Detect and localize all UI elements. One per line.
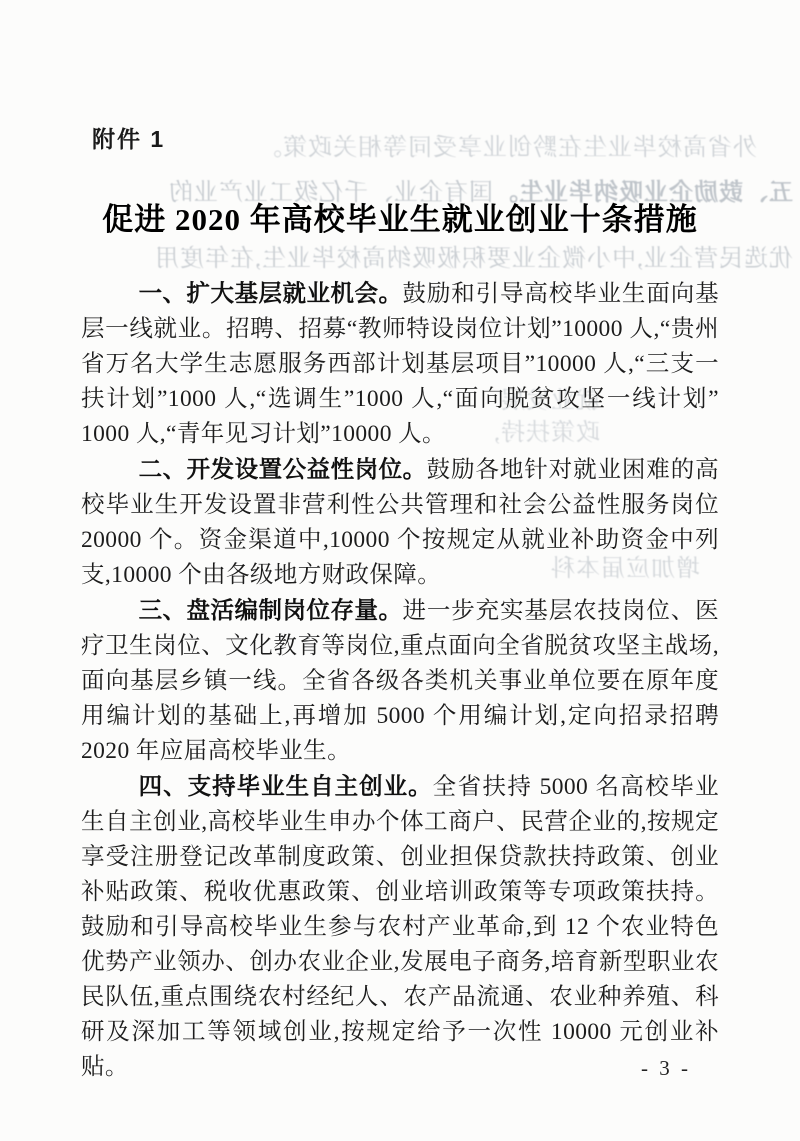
paragraph-2-lead: 二、开发设置公益性岗位。 (139, 456, 427, 482)
paragraph-4-lead: 四、支持毕业生自主创业。 (139, 773, 433, 799)
page-number: - 3 - (641, 1056, 691, 1081)
paragraph-3-lead: 三、盘活编制岗位存量。 (139, 597, 403, 623)
document-page: 外省高校毕业生在黔创业享受同等相关政策。 五、鼓励企业吸纳毕业生。国有企业、千亿… (0, 0, 800, 1141)
paragraph-3: 三、盘活编制岗位存量。进一步充实基层农技岗位、医疗卫生岗位、文化教育等岗位,重点… (81, 593, 719, 769)
document-title: 促进 2020 年高校毕业生就业创业十条措施 (0, 194, 800, 239)
attachment-label: 附件 1 (92, 121, 165, 154)
paragraph-1-lead: 一、扩大基层就业机会。 (139, 280, 403, 306)
paragraph-1: 一、扩大基层就业机会。鼓励和引导高校毕业生面向基层一线就业。招聘、招募“教师特设… (81, 276, 719, 452)
document-body: 一、扩大基层就业机会。鼓励和引导高校毕业生面向基层一线就业。招聘、招募“教师特设… (81, 276, 719, 1085)
paragraph-4-text: 全省扶持 5000 名高校毕业生自主创业,高校毕业生申办个体工商户、民营企业的,… (81, 774, 719, 1080)
bleedthrough-line: 优选民营企业,中小微企业要积极吸纳高校毕业生,在年度用 (154, 238, 793, 273)
paragraph-4: 四、支持毕业生自主创业。全省扶持 5000 名高校毕业生自主创业,高校毕业生申办… (81, 769, 719, 1085)
paragraph-2: 二、开发设置公益性岗位。鼓励各地针对就业困难的高校毕业生开发设置非营利性公共管理… (81, 452, 719, 593)
bleedthrough-line: 外省高校毕业生在黔创业享受同等相关政策。 (257, 127, 757, 162)
